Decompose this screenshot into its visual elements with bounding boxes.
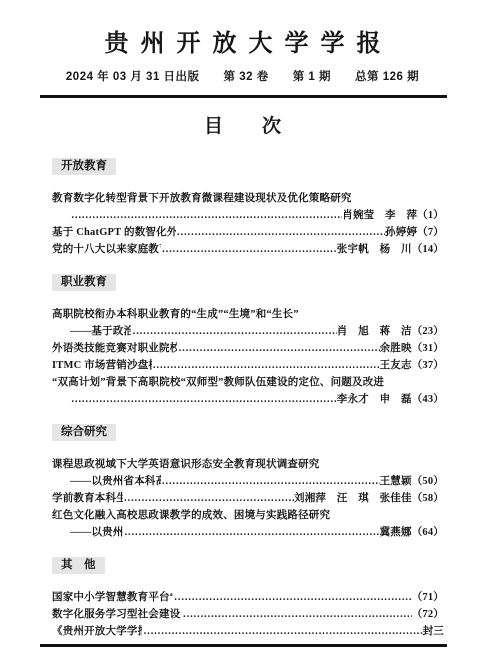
section-badge: 其 他	[52, 557, 105, 574]
section-entries: 国家中小学智慧教育平台“在线教研”栏目正式上线（71）数字化服务学习型社会建设 …	[52, 589, 444, 640]
toc-line: 学前教育本科生职业认同感影响因素研究刘湘萍 汪 琪 张佳佳（58）	[52, 490, 444, 507]
dot-leader	[123, 524, 380, 541]
toc-heading: 目 次	[0, 114, 485, 140]
toc-line: ITMC 市场营销沙盘模拟企业经营策略研究王友志（37）	[52, 357, 444, 374]
section-badge: 职业教育	[52, 274, 116, 291]
dot-leader	[161, 473, 380, 490]
toc-line: 红色文化融入高校思政课教学的成效、困境与实践路径研究	[52, 507, 444, 524]
dot-leader	[142, 623, 422, 640]
toc-section: 综合研究课程思政视域下大学英语意识形态安全教育现状调查研究——以贵州省本科高校大…	[52, 422, 444, 541]
section-badge: 综合研究	[52, 424, 116, 441]
entry-authors-page: 肖 旭 蒋 洁（23）	[337, 323, 444, 340]
entry-title-text: ITMC 市场营销沙盘模拟企业经营策略研究	[52, 357, 152, 374]
footer-double-rule	[40, 644, 447, 647]
dot-leader	[173, 589, 412, 606]
dot-leader	[131, 323, 337, 340]
entry-authors-page: 刘湘萍 汪 琪 张佳佳（58）	[294, 490, 444, 507]
toc-entry: 《贵州开放大学学报》征稿启事封三	[52, 623, 444, 640]
entry-authors-page: 王慧颖（50）	[380, 473, 444, 490]
entry-authors-page: （72）	[412, 606, 444, 623]
entry-title-text: 《贵州开放大学学报》征稿启事	[52, 623, 142, 640]
toc-line: 基于 ChatGPT 的数智化外语教学思考：博弈、挑战与进路孙婷婷（7）	[52, 224, 444, 241]
publication-info: 2024 年 03 月 31 日出版 第 32 卷 第 1 期 总第 126 期	[0, 70, 485, 85]
entry-title-text: “双高计划”背景下高职院校“双师型”教师队伍建设的定位、问题及改进	[52, 374, 384, 391]
journal-toc-page: 贵州开放大学学报 2024 年 03 月 31 日出版 第 32 卷 第 1 期…	[0, 0, 485, 668]
entry-title-text: ——以贵州省本科高校大学英语课程为例	[70, 473, 161, 490]
toc-entry: 基于 ChatGPT 的数智化外语教学思考：博弈、挑战与进路孙婷婷（7）	[52, 224, 444, 241]
toc-line: 《贵州开放大学学报》征稿启事封三	[52, 623, 444, 640]
journal-title: 贵州开放大学学报	[0, 30, 485, 58]
entry-authors-page: 李永才 申 磊（43）	[337, 391, 444, 408]
dot-leader	[176, 224, 385, 241]
dot-leader	[123, 490, 294, 507]
dot-leader	[161, 241, 337, 258]
section-badge: 开放教育	[52, 158, 116, 175]
toc-section: 开放教育教育数字化转型背景下开放教育微课程建设现状及优化策略研究肖婉莹 李 萍（…	[52, 156, 444, 258]
entry-title-text: 红色文化融入高校思政课教学的成效、困境与实践路径研究	[52, 507, 330, 524]
entry-title-text: 数字化服务学习型社会建设 “双十计划” 扩优提质在行动	[52, 606, 182, 623]
section-entries: 高职院校衔办本科职业教育的“生成”“生境”和“生长”——基于政治生态理论的分析肖…	[52, 306, 444, 408]
toc-line: 教育数字化转型背景下开放教育微课程建设现状及优化策略研究	[52, 190, 444, 207]
entry-title-text: 党的十八大以来家庭教育治理的三重维度、实施成效与新征程	[52, 241, 161, 258]
toc-entry: 红色文化融入高校思政课教学的成效、困境与实践路径研究——以贵州高校为例冀燕娜（6…	[52, 507, 444, 541]
entry-authors-page: 余胜映（31）	[380, 340, 444, 357]
section-entries: 教育数字化转型背景下开放教育微课程建设现状及优化策略研究肖婉莹 李 萍（1）基于…	[52, 190, 444, 258]
header-double-rule	[40, 95, 447, 98]
toc-entry: 数字化服务学习型社会建设 “双十计划” 扩优提质在行动（72）	[52, 606, 444, 623]
entry-title-text: 基于 ChatGPT 的数智化外语教学思考：博弈、挑战与进路	[52, 224, 176, 241]
toc-entry: “双高计划”背景下高职院校“双师型”教师队伍建设的定位、问题及改进李永才 申 磊…	[52, 374, 444, 408]
entry-authors-page: 冀燕娜（64）	[380, 524, 444, 541]
entry-title-text: 课程思政视域下大学英语意识形态安全教育现状调查研究	[52, 456, 320, 473]
entry-authors-page: 张宇帆 杨 川（14）	[337, 241, 444, 258]
entry-title-text: 教育数字化转型背景下开放教育微课程建设现状及优化策略研究	[52, 190, 352, 207]
entry-title-text: 外语类技能竞赛对职业院校英语教育教学改革的推进作用研究	[52, 340, 177, 357]
entry-authors-page: 封三	[423, 623, 444, 640]
entry-title-text: 学前教育本科生职业认同感影响因素研究	[52, 490, 123, 507]
toc-line: “双高计划”背景下高职院校“双师型”教师队伍建设的定位、问题及改进	[52, 374, 444, 391]
entry-authors-page: （71）	[412, 589, 444, 606]
toc-line: ——基于政治生态理论的分析肖 旭 蒋 洁（23）	[52, 323, 444, 340]
entry-title-text: 高职院校衔办本科职业教育的“生成”“生境”和“生长”	[52, 306, 299, 323]
toc-line: 肖婉莹 李 萍（1）	[52, 207, 444, 224]
toc-section: 其 他国家中小学智慧教育平台“在线教研”栏目正式上线（71）数字化服务学习型社会…	[52, 555, 444, 640]
dot-leader	[70, 207, 342, 224]
entry-authors-page: 孙婷婷（7）	[385, 224, 444, 241]
entry-authors-page: 王友志（37）	[380, 357, 444, 374]
entry-title-text: 国家中小学智慧教育平台“在线教研”栏目正式上线	[52, 589, 173, 606]
toc-entry: 学前教育本科生职业认同感影响因素研究刘湘萍 汪 琪 张佳佳（58）	[52, 490, 444, 507]
toc-line: 高职院校衔办本科职业教育的“生成”“生境”和“生长”	[52, 306, 444, 323]
toc-entry: 课程思政视域下大学英语意识形态安全教育现状调查研究——以贵州省本科高校大学英语课…	[52, 456, 444, 490]
toc-line: ——以贵州高校为例冀燕娜（64）	[52, 524, 444, 541]
toc-line: 国家中小学智慧教育平台“在线教研”栏目正式上线（71）	[52, 589, 444, 606]
toc-line: 党的十八大以来家庭教育治理的三重维度、实施成效与新征程张宇帆 杨 川（14）	[52, 241, 444, 258]
toc-line: ——以贵州省本科高校大学英语课程为例王慧颖（50）	[52, 473, 444, 490]
toc-sections: 开放教育教育数字化转型背景下开放教育微课程建设现状及优化策略研究肖婉莹 李 萍（…	[52, 156, 444, 640]
toc-line: 外语类技能竞赛对职业院校英语教育教学改革的推进作用研究余胜映（31）	[52, 340, 444, 357]
dot-leader	[70, 391, 337, 408]
toc-entry: 党的十八大以来家庭教育治理的三重维度、实施成效与新征程张宇帆 杨 川（14）	[52, 241, 444, 258]
entry-title-text: ——以贵州高校为例	[70, 524, 123, 541]
entry-title-text: ——基于政治生态理论的分析	[70, 323, 131, 340]
dot-leader	[152, 357, 380, 374]
toc-line: 李永才 申 磊（43）	[52, 391, 444, 408]
dot-leader	[177, 340, 379, 357]
toc-line: 数字化服务学习型社会建设 “双十计划” 扩优提质在行动（72）	[52, 606, 444, 623]
toc-entry: 外语类技能竞赛对职业院校英语教育教学改革的推进作用研究余胜映（31）	[52, 340, 444, 357]
toc-entry: ITMC 市场营销沙盘模拟企业经营策略研究王友志（37）	[52, 357, 444, 374]
toc-entry: 高职院校衔办本科职业教育的“生成”“生境”和“生长”——基于政治生态理论的分析肖…	[52, 306, 444, 340]
entry-authors-page: 肖婉莹 李 萍（1）	[342, 207, 444, 224]
toc-line: 课程思政视域下大学英语意识形态安全教育现状调查研究	[52, 456, 444, 473]
dot-leader	[182, 606, 412, 623]
section-entries: 课程思政视域下大学英语意识形态安全教育现状调查研究——以贵州省本科高校大学英语课…	[52, 456, 444, 541]
toc-entry: 国家中小学智慧教育平台“在线教研”栏目正式上线（71）	[52, 589, 444, 606]
toc-entry: 教育数字化转型背景下开放教育微课程建设现状及优化策略研究肖婉莹 李 萍（1）	[52, 190, 444, 224]
toc-section: 职业教育高职院校衔办本科职业教育的“生成”“生境”和“生长”——基于政治生态理论…	[52, 272, 444, 408]
